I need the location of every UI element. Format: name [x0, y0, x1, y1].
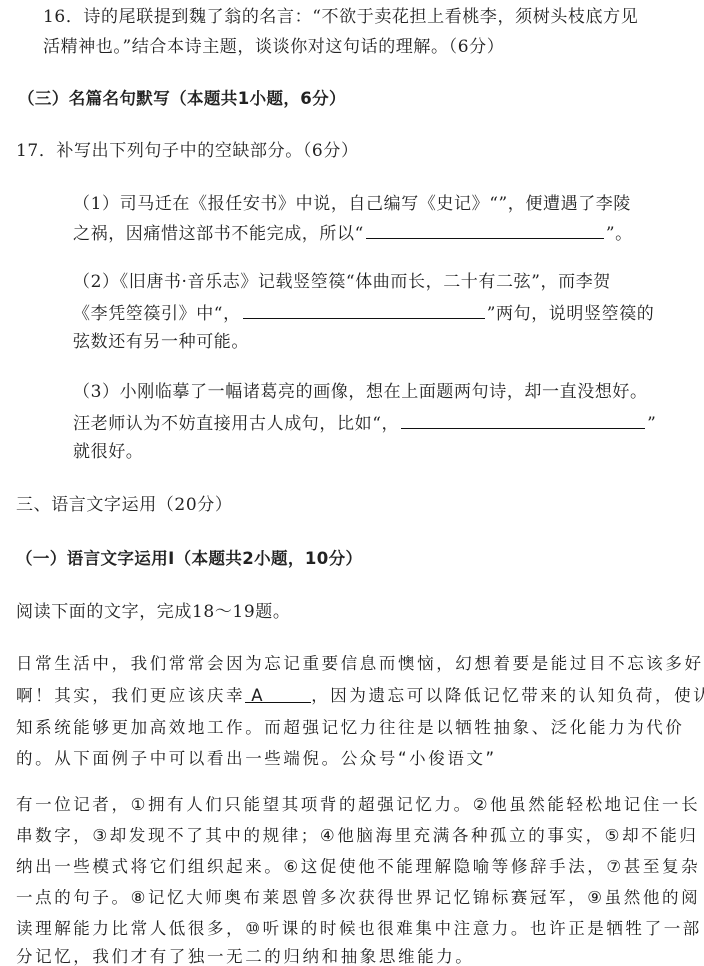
- q17-item3-line-1: （3）小刚临摹了一幅诸葛亮的画像，想在上面题两句诗，却一直没想好。: [73, 381, 648, 403]
- section-3-heading: （三）名篇名句默写（本题共1小题，6分）: [18, 88, 346, 110]
- q17-item2-text-before: 《李凭箜篌引》中“，: [73, 304, 241, 324]
- passage2-line-4: 一点的句子。⑧记忆大师奥布莱恩曾多次获得世界记忆锦标赛冠军，⑨虽然他的阅: [16, 887, 700, 909]
- reading-instruction: 阅读下面的文字，完成18～19题。: [16, 601, 290, 623]
- passage1-line-3: 知系统能够更加高效地工作。而超强记忆力往往是以牺牲抽象、泛化能力为代价: [16, 717, 685, 739]
- passage1-text-before: 啊！其实，我们更应该庆幸: [16, 686, 245, 705]
- passage2-line-5: 读理解能力比常人低很多，⑩听课的时候也很难集中注意力。也许正是牺牲了一部: [16, 918, 702, 940]
- subsection-1-heading: （一）语言文字运用Ⅰ（本题共2小题，10分）: [16, 548, 362, 570]
- q17-item1-line-1: （1）司马迁在《报任安书》中说，自己编写《史记》“”，便遭遇了李陵: [73, 193, 631, 215]
- q17-item3-line-3: 就很好。: [73, 441, 143, 463]
- q17-item3-answer-blank[interactable]: [401, 412, 645, 429]
- q17-item2-line-3: 弦数还有另一种可能。: [73, 331, 249, 353]
- passage2-line-3: 纳出一些模式将它们组织起来。⑥这促使他不能理解隐喻等修辞手法，⑦甚至复杂: [16, 856, 700, 878]
- part-3-heading: 三、语言文字运用（20分）: [16, 494, 232, 516]
- q17-item1-text-before: 之祸，因痛惜这部书不能完成，所以“: [73, 224, 364, 244]
- blank-a[interactable]: A: [245, 685, 311, 703]
- q17-item1-text-after: ”。: [606, 224, 633, 244]
- passage2-line-6: 分记忆，我们才有了独一无二的归纳和抽象思维能力。: [16, 946, 474, 966]
- q17-item3-text-after: ”: [647, 414, 656, 434]
- passage1-line-1: 日常生活中，我们常常会因为忘记重要信息而懊恼，幻想着要是能过目不忘该多好: [16, 653, 704, 675]
- passage2-line-2: 串数字，③却发现不了其中的规律；④他脑海里充满各种孤立的事实，⑤却不能归: [16, 825, 698, 847]
- q16-line-1: 16．诗的尾联提到魏了翁的名言：“不欲于卖花担上看桃李，须树头枝底方见: [43, 6, 638, 28]
- q17-item3-line-2: 汪老师认为不妨直接用古人成句，比如“，”: [73, 412, 656, 435]
- q17-item1-answer-blank[interactable]: [366, 222, 604, 239]
- passage2-line-1: 有一位记者，①拥有人们只能望其项背的超强记忆力。②他虽然能轻松地记住一长: [16, 794, 700, 816]
- q17-stem: 17．补写出下列句子中的空缺部分。（6分）: [16, 140, 359, 162]
- q17-item1-line-2: 之祸，因痛惜这部书不能完成，所以“”。: [73, 222, 633, 245]
- q17-item2-line-2: 《李凭箜篌引》中“，”两句，说明竖箜篌的: [73, 302, 654, 325]
- q17-item3-text-before: 汪老师认为不妨直接用古人成句，比如“，: [73, 414, 399, 434]
- q16-line-2: 活精神也。”结合本诗主题，谈谈你对这句话的理解。（6分）: [43, 36, 504, 58]
- passage1-line-2: 啊！其实，我们更应该庆幸A，因为遗忘可以降低记忆带来的认知负荷，使认: [16, 685, 704, 707]
- passage1-line-4: 的。从下面例子中可以看出一些端倪。公众号“小俊语文”: [16, 748, 497, 770]
- passage1-text-after: ，因为遗忘可以降低记忆带来的认知负荷，使认: [311, 686, 704, 705]
- q17-item2-line-1: （2）《旧唐书·音乐志》记载竖箜篌“体曲而长，二十有二弦”，而李贺: [73, 271, 611, 293]
- q17-item2-answer-blank[interactable]: [243, 302, 485, 319]
- q17-item2-text-after: ”两句，说明竖箜篌的: [487, 304, 655, 324]
